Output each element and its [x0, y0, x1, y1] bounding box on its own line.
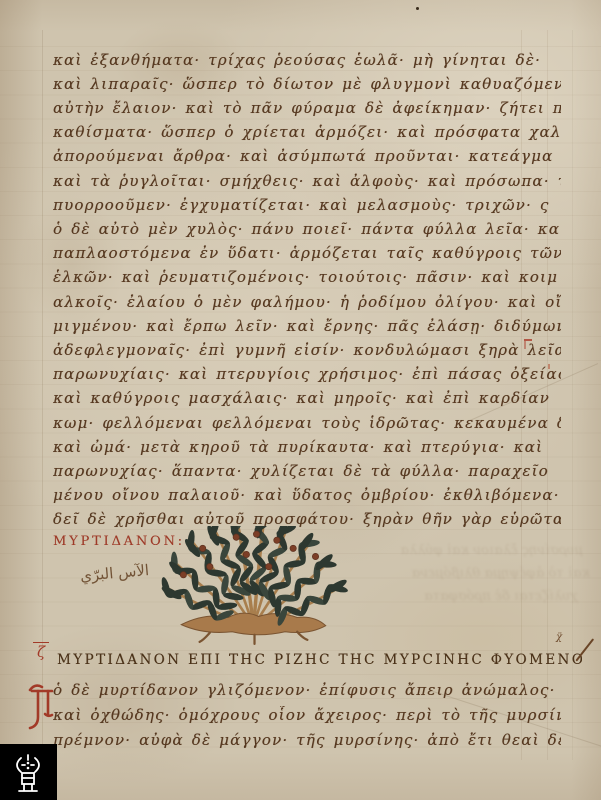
text-line: παρωνυχίας· ἅπαντα· χυλίζεται δὲ τὰ φύλλ… [53, 462, 561, 486]
text-line: πυορροοῦμεν· ἐγχυματίζεται· καὶ μελασμοὺ… [53, 196, 561, 220]
chapter-line: πρέμνον· αὐφὰ δὲ μάγγον· τῆς μυρσίνης· ἀ… [53, 731, 561, 755]
ink-speck [211, 63, 213, 65]
corner-mark: χ̈ [556, 632, 562, 643]
text-line: καθίσματα· ὥσπερ ὁ χρίεται ἁρμόζει· καὶ … [53, 123, 561, 147]
text-line: καὶ ἐξανθήματα· τρίχας ῥεούσας ἑωλᾶ· μὴ … [53, 51, 561, 75]
text-line: καὶ καθύγροις μασχάλαις· καὶ μηροῖς· καὶ… [53, 389, 561, 413]
show-through-line: χυλίζεται δὲ πρόσφατα [368, 589, 578, 604]
text-line: μιγμένου· καὶ ἔρπω λεῖν· καὶ ἔρνης· πᾶς … [53, 317, 561, 341]
red-margin-dot [548, 364, 550, 369]
fold-line [572, 30, 573, 760]
arabic-gloss: الآس البرّي [79, 561, 149, 585]
chapter-initial-icon [26, 682, 56, 730]
chapter-heading: ΜΥΡΤΙΔΑΝΟΝ ΕΠΙ ΤΗϹ ΡΙΖΗϹ ΤΗϹ ΜΥΡϹΙΝΗϹ ΦΥ… [57, 652, 582, 668]
show-through-line: μυρσίνης ἔλαιον καὶ φύλλα [358, 543, 583, 558]
text-line: ἑλκῶν· καὶ ῥευματιζομένοις· τοιούτοις· π… [53, 268, 561, 292]
red-margin-mark [524, 339, 532, 341]
library-stamp-icon [8, 751, 48, 795]
text-line: παπλαοστόμενα ἐν ὕδατι· ἁρμόζεται ταῖς κ… [53, 244, 561, 268]
text-line: καὶ τὰ ῥυγλοῖται· σμήχθεις· καὶ ἀλφοὺς· … [53, 172, 561, 196]
manuscript-page: καὶ ἐξανθήματα· τρίχας ῥεούσας ἑωλᾶ· μὴ … [0, 0, 601, 800]
text-line: ἀπορούμεναι ἄρθρα· καὶ ἀσύμπωτά προῦνται… [53, 147, 561, 171]
text-line: ὁ δὲ αὐτὸ μὲν χυλὸς· πάνυ ποιεῖ· πάντα φ… [53, 220, 561, 244]
text-line: παρωνυχίαις· καὶ πτερυγίοις χρήσιμος· ἐπ… [53, 365, 561, 389]
library-stamp [0, 744, 57, 800]
show-through-line: καὶ τὸ ἀφέψημα θλιβόμενα [362, 566, 590, 581]
text-line: καὶ ὠμά· μετὰ κηροῦ τὰ πυρίκαυτα· καὶ πτ… [53, 438, 561, 462]
text-line: μένου οἴνου παλαιοῦ· καὶ ὕδατος ὀμβρίου·… [53, 486, 561, 510]
ink-speck [416, 7, 419, 10]
text-line: ἀδεφλεγμοναῖς· ἐπὶ γυμνῆ εἰσίν· κονδυλώμ… [53, 341, 561, 365]
myrtle-illustration [156, 526, 351, 648]
text-line: κωμ· φελλόμεναι φελλόμεναι τοὺς ἱδρῶτας·… [53, 414, 561, 438]
text-line: αὐτὴν ἔλαιον· καὶ τὸ πᾶν φύραμα δὲ ἀφείκ… [53, 99, 561, 123]
heading-flourish [575, 638, 593, 661]
text-line: αλκοῖς· ἐλαίου ὁ μὲν φαλήμου· ἡ ῥοδίμου … [53, 293, 561, 317]
text-line: καὶ λιπαραῖς· ὥσπερ τὸ δίωτον μὲ φλυγμον… [53, 75, 561, 99]
chapter-line: καὶ ὀχθώδης· ὁμόχρους οἷον ἄχειρος· περὶ… [53, 706, 561, 730]
chapter-number: ζ [33, 642, 49, 661]
chapter-line: ὁ δὲ μυρτίδανον γλιζόμενον· ἐπίφυσις ἄπε… [53, 681, 561, 705]
